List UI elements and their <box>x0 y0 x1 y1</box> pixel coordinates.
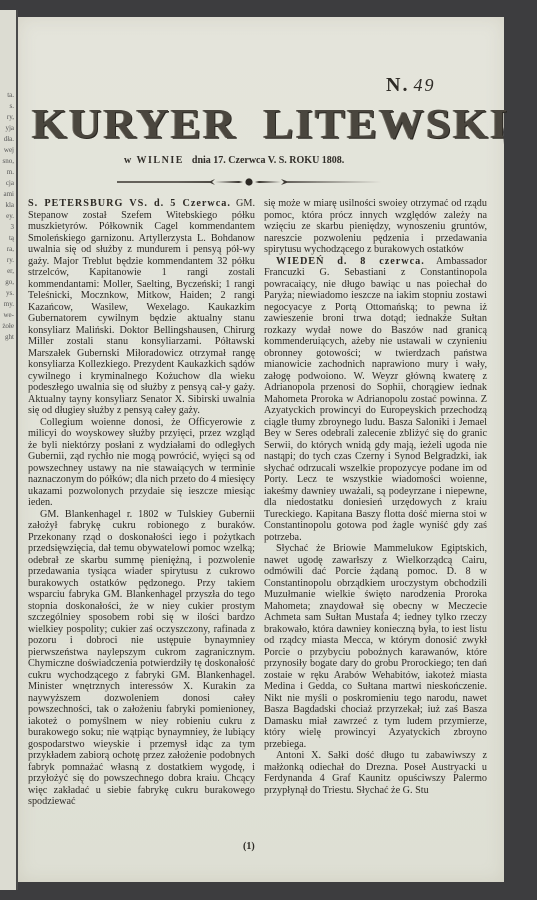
newspaper-page: N.49 KURYERLITEWSKI w WILNIEdnia 17. Cze… <box>18 17 504 882</box>
article-collegium: Collegium woienne donosi, że Offi­cyerow… <box>28 417 255 509</box>
article-text: Collegium woienne donosi, że Offi­cyerow… <box>28 417 255 509</box>
title-word-2: LITEWSKI <box>263 100 509 148</box>
previous-page-line: kla <box>0 200 16 211</box>
page-number: (1) <box>243 841 255 852</box>
article-text: się może w miarę usilności swoiey otrzym… <box>264 198 487 255</box>
previous-page-line: we- <box>0 310 16 321</box>
article-continuation: się może w miarę usilności swoiey otrzym… <box>264 198 487 256</box>
previous-page-line: 3 <box>0 222 16 233</box>
previous-page-line: ght <box>0 332 16 343</box>
previous-page-line: dła. <box>0 134 16 145</box>
article-text: GM. Stepanow został Szefem Witebskiego p… <box>28 198 255 416</box>
dateline: w WILNIEdnia 17. Czerwca V. S. ROKU 1808… <box>124 155 344 166</box>
previous-page-line: go, <box>0 277 16 288</box>
issue-number-label: N. <box>386 74 409 96</box>
article-lead: S. PETERSBURG VS. d. 5 Czerwca. <box>28 198 231 209</box>
title-word-1: KURYER <box>32 100 237 148</box>
article-column-right: się może w miarę usilności swoiey otrzym… <box>264 198 487 796</box>
previous-page-line: yja <box>0 123 16 134</box>
previous-page-line: ey. <box>0 211 16 222</box>
previous-page-line: er, <box>0 266 16 277</box>
article-column-left: S. PETERSBURG VS. d. 5 Czerwca. GM. Step… <box>28 198 255 808</box>
previous-page-line: cja <box>0 178 16 189</box>
article-text: Ambassador Francuzki G. Sebastiani z Con… <box>264 256 487 543</box>
previous-page-line: ra, <box>0 244 16 255</box>
previous-page-line: żołe <box>0 321 16 332</box>
previous-page-text: ta.s.ry,yjadła.wejsno,m.cjaamiklaey.3tąr… <box>0 90 16 343</box>
previous-page-line: ys. <box>0 288 16 299</box>
masthead-title: KURYERLITEWSKI <box>32 99 442 148</box>
article-text: Słychać że Briowie Mammelukow Egiptskich… <box>264 543 487 750</box>
previous-page-line: ta. <box>0 90 16 101</box>
issue-number-value: 49 <box>413 75 435 95</box>
previous-page-line: wej <box>0 145 16 156</box>
previous-page-line: s. <box>0 101 16 112</box>
previous-page-line: sno, <box>0 156 16 167</box>
ornamental-rule-icon <box>115 177 383 187</box>
article-st-petersburg: S. PETERSBURG VS. d. 5 Czerwca. GM. Step… <box>28 198 255 417</box>
article-wieden: WIEDEŃ d. 8 czerwca. Ambassador Francuzk… <box>264 256 487 544</box>
previous-page-line: ami <box>0 189 16 200</box>
previous-page-line: ry. <box>0 255 16 266</box>
article-lead: WIEDEŃ d. 8 czerwca. <box>276 256 425 267</box>
previous-page-line: m. <box>0 167 16 178</box>
issue-number: N.49 <box>386 74 435 97</box>
article-blankenhagel: GM. Blankenhagel r. 1802 w Tulskiey Gube… <box>28 509 255 808</box>
dateline-place: w WILNIE <box>124 155 184 166</box>
previous-page-edge: ta.s.ry,yjadła.wejsno,m.cjaamiklaey.3tąr… <box>0 10 18 890</box>
dateline-date: dnia 17. Czerwca V. S. ROKU 1808. <box>192 155 344 166</box>
previous-page-line: tą <box>0 233 16 244</box>
article-egypt-mameluks: Słychać że Briowie Mammelukow Egiptskich… <box>264 543 487 750</box>
article-antoni-salki: Antoni X. Sałki dość długo tu zabawiwszy… <box>264 750 487 796</box>
article-text: GM. Blankenhagel r. 1802 w Tulskiey Gube… <box>28 509 255 808</box>
previous-page-line: ry, <box>0 112 16 123</box>
article-text: Antoni X. Sałki dość długo tu zabawiwszy… <box>264 750 487 796</box>
previous-page-line: my. <box>0 299 16 310</box>
